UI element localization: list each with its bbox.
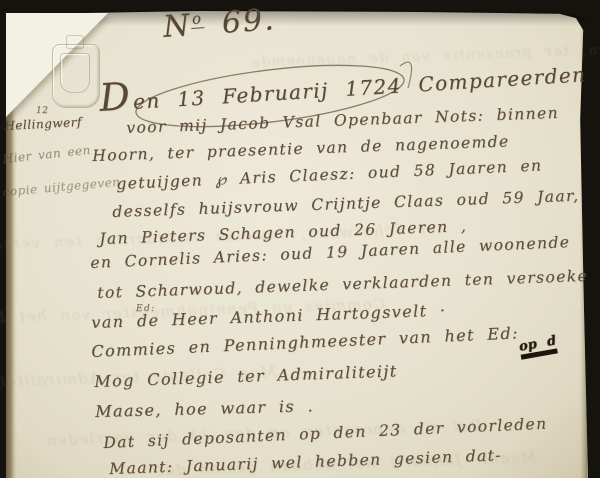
heading-number: 69.: [221, 2, 277, 41]
heading-superscript: o: [190, 9, 204, 29]
margin-folio-number: 12: [36, 106, 48, 116]
manuscript-scan: tot Scharwoud, dewelke verklaarden ten v…: [0, 0, 600, 478]
interlinear-insertion: Ed:: [136, 304, 156, 314]
heading-letter: N: [162, 8, 193, 45]
embossed-seal-icon: [52, 44, 100, 108]
